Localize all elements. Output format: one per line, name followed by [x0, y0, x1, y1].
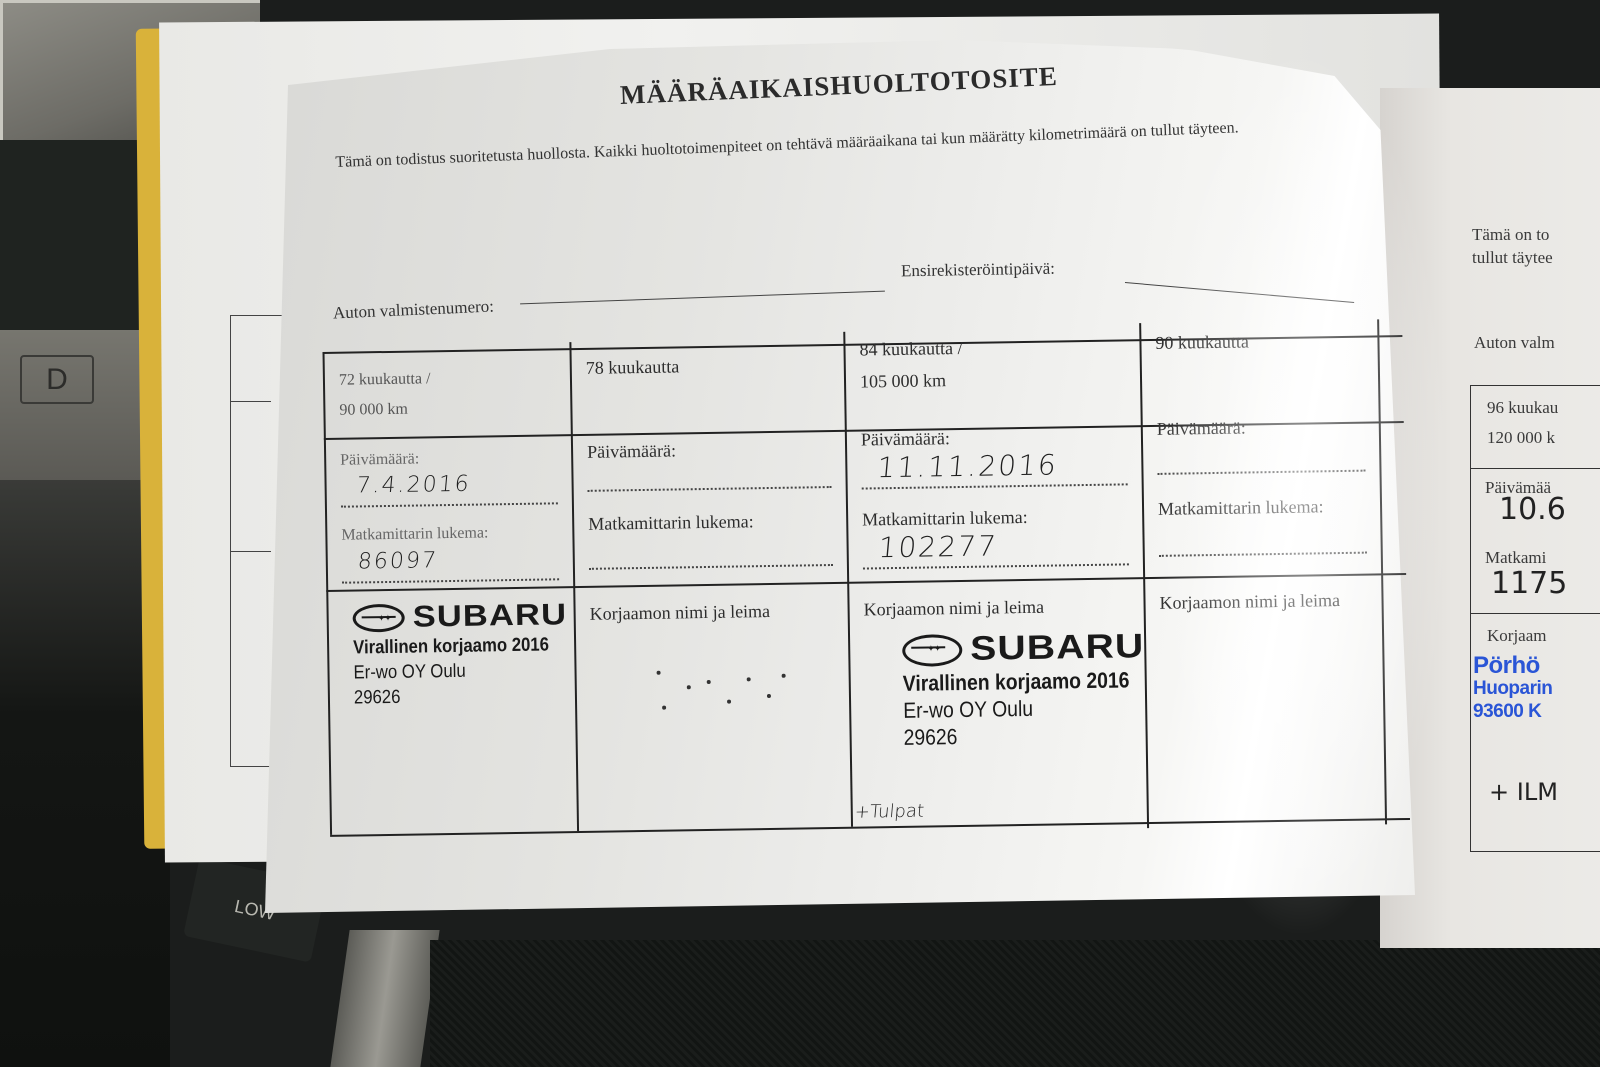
date-field[interactable] — [588, 486, 832, 492]
workshop-label: Korjaamon nimi ja leima — [863, 597, 1044, 621]
next-page-stamp-street: Huoparin — [1473, 678, 1552, 700]
date-line — [341, 502, 558, 507]
next-page-intro-2: tullut täytee — [1472, 248, 1553, 268]
service-column-78: 78 kuukautta Päivämäärä: Matkamittarin l… — [569, 338, 851, 831]
interval-label: 72 kuukautta / — [339, 370, 431, 389]
service-column-90: 90 kuukautta Päivämäärä: Matkamittarin l… — [1139, 319, 1387, 828]
workshop-stamp: SUBARU Virallinen korjaamo 2016 Er-wo OY… — [352, 598, 576, 710]
stamp-line-1: Virallinen korjaamo 2016 — [903, 666, 1130, 697]
stamp-brand: SUBARU — [412, 598, 567, 634]
stamp-brand: SUBARU — [970, 627, 1145, 669]
date-value[interactable]: 7.4.2016 — [355, 472, 471, 499]
odometer-label: Matkamittarin lukema: — [588, 511, 754, 535]
seat-fabric — [430, 940, 1600, 1067]
next-page-interval-2: 120 000 k — [1487, 428, 1555, 448]
next-page-intro-1: Tämä on to — [1472, 225, 1549, 245]
stamp-line-3: 29626 — [903, 720, 1130, 751]
date-value[interactable]: 11.11.2016 — [876, 448, 1059, 484]
next-page-odometer-label: Matkami — [1485, 548, 1546, 568]
odometer-label: Matkamittarin lukema: — [341, 524, 488, 544]
interval-label: 84 kuukautta / — [859, 338, 962, 361]
odometer-value[interactable]: 86097 — [357, 548, 439, 574]
odometer-label: Matkamittarin lukema: — [1158, 496, 1324, 520]
metal-trim — [330, 930, 439, 1067]
first-registration-label: Ensirekisteröintipäivä: — [901, 259, 1055, 282]
next-page-date-value: 10.6 — [1499, 492, 1566, 527]
smudge-marks — [571, 338, 843, 342]
interval-label: 90 kuukautta — [1155, 331, 1249, 353]
handwritten-note: +Tulpat — [854, 801, 925, 823]
next-page-interval-1: 96 kuukau — [1487, 398, 1558, 418]
interval-label: 78 kuukautta — [586, 356, 680, 378]
next-page: Tämä on to tullut täytee Auton valm 96 k… — [1380, 88, 1600, 948]
odometer-line — [342, 578, 559, 583]
interval-km: 90 000 km — [339, 401, 408, 420]
odometer-field[interactable] — [1159, 552, 1367, 557]
service-table: 72 kuukautta / 90 000 km Päivämäärä: 7.4… — [322, 303, 1410, 835]
interval-km: 105 000 km — [860, 370, 946, 392]
date-line — [862, 483, 1128, 489]
gear-indicator: D — [20, 355, 94, 404]
service-column-84: 84 kuukautta / 105 000 km Päivämäärä: 11… — [843, 327, 1147, 827]
next-page-odometer-value: 1175 — [1491, 566, 1567, 601]
next-page-note: + ILM — [1489, 778, 1558, 806]
odometer-field[interactable] — [589, 564, 833, 570]
stamp-line-3: 29626 — [354, 682, 550, 710]
next-page-table: 96 kuukau 120 000 k Päivämää 10.6 Matkam… — [1470, 385, 1600, 852]
workshop-label: Korjaamon nimi ja leima — [1159, 590, 1340, 614]
next-page-vin-label: Auton valm — [1474, 333, 1555, 353]
next-page-workshop-label: Korjaam — [1487, 626, 1546, 646]
subaru-logo-icon — [352, 604, 404, 633]
workshop-label: Korjaamon nimi ja leima — [589, 601, 770, 625]
subaru-logo-icon — [902, 633, 962, 666]
stamp-line-2: Er-wo OY Oulu — [353, 657, 549, 685]
odometer-line — [863, 563, 1129, 569]
workshop-stamp: SUBARU Virallinen korjaamo 2016 Er-wo OY… — [902, 627, 1161, 751]
stamp-line-1: Virallinen korjaamo 2016 — [353, 632, 549, 660]
date-label: Päivämäärä: — [587, 440, 676, 462]
stamp-line-2: Er-wo OY Oulu — [903, 693, 1130, 724]
date-label: Päivämäärä: — [861, 428, 950, 450]
odometer-label: Matkamittarin lukema: — [862, 507, 1028, 531]
odometer-value[interactable]: 102277 — [877, 529, 999, 564]
date-label: Päivämäärä: — [340, 450, 419, 469]
date-label: Päivämäärä: — [1157, 418, 1246, 440]
date-field[interactable] — [1158, 470, 1366, 475]
service-column-72: 72 kuukautta / 90 000 km Päivämäärä: 7.4… — [323, 348, 578, 835]
next-page-stamp-name: Pörhö — [1473, 652, 1540, 680]
next-page-stamp-postal: 93600 K — [1473, 701, 1541, 723]
